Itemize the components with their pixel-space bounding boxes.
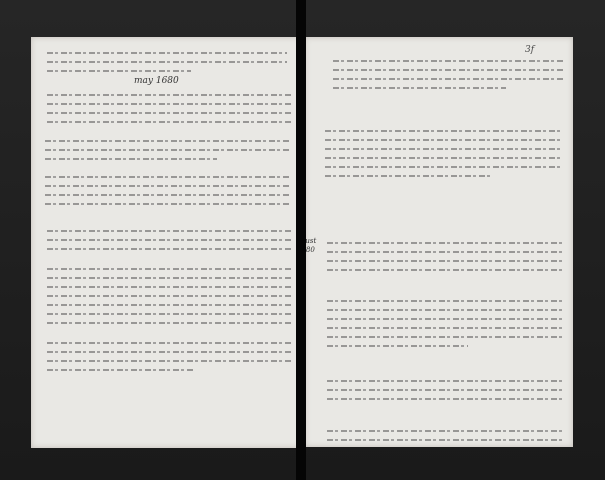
right-page: 3f aoust 1680 (305, 37, 573, 447)
entry-1 (47, 47, 287, 72)
entry-4 (45, 171, 290, 205)
entry-4 (327, 295, 562, 347)
folio-number: 3f (525, 45, 534, 55)
book-spine (296, 0, 306, 480)
left-page: may 1680 (31, 37, 301, 448)
entry-1 (333, 55, 563, 89)
entry-3 (327, 237, 562, 271)
entry-5 (47, 225, 292, 250)
month-heading: may 1680 (134, 76, 179, 86)
entry-3 (45, 135, 290, 160)
entry-5 (327, 375, 562, 400)
entry-2 (325, 125, 560, 177)
entry-7 (47, 337, 292, 371)
entry-6 (327, 425, 562, 441)
entry-2 (47, 89, 292, 123)
entry-6 (47, 263, 292, 324)
